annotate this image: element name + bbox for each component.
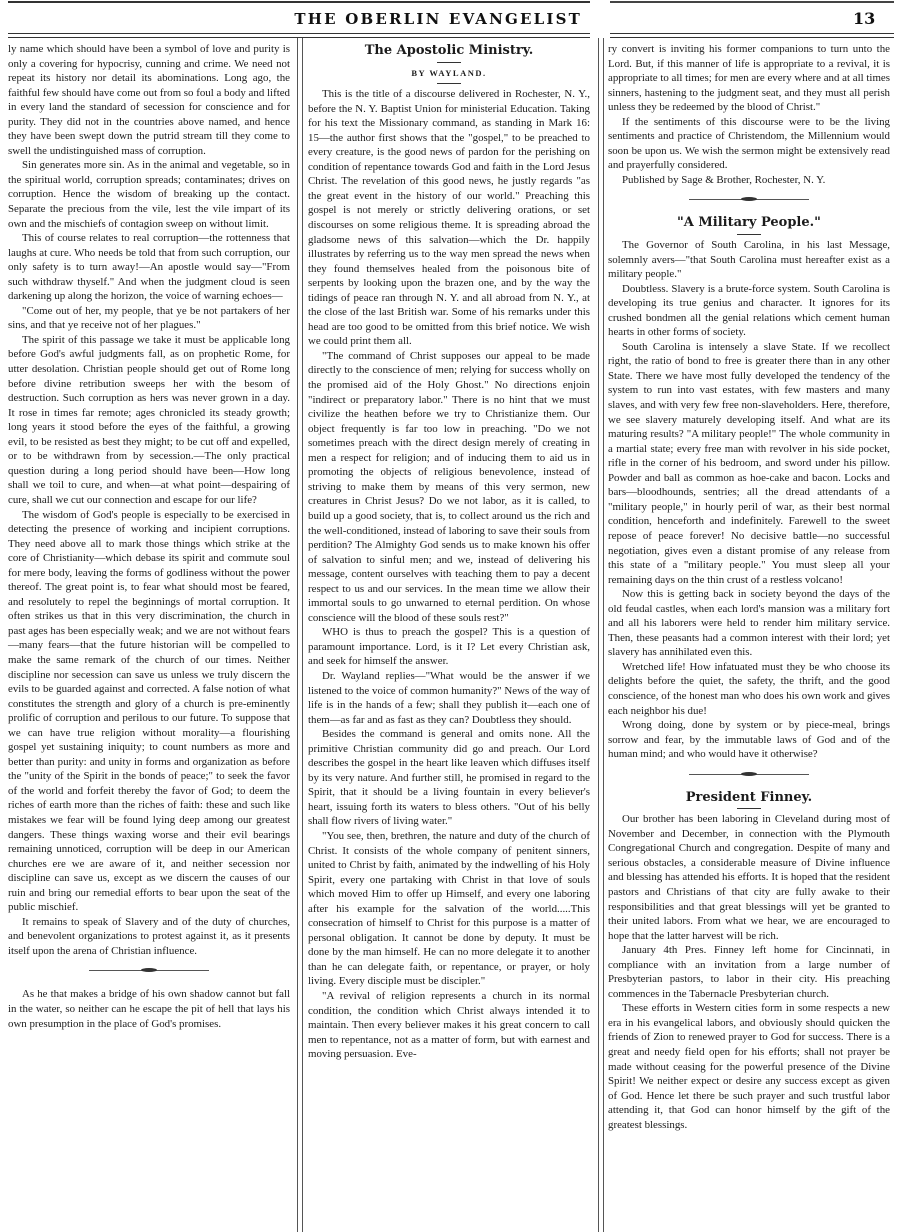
paragraph: Our brother has been laboring in Clevela… bbox=[608, 812, 890, 943]
paragraph: January 4th Pres. Finney left home for C… bbox=[608, 943, 890, 1001]
heading-rule bbox=[737, 234, 761, 235]
paragraph: Wrong doing, done by system or by piece-… bbox=[608, 718, 890, 762]
paragraph: This of course relates to real corruptio… bbox=[8, 231, 290, 304]
masthead-rule bbox=[610, 33, 894, 38]
paragraph: Now this is getting back in society beyo… bbox=[608, 587, 890, 660]
paragraph: It remains to speak of Slavery and of th… bbox=[8, 915, 290, 959]
paragraph: WHO is thus to preach the gospel? This i… bbox=[308, 625, 590, 669]
column-divider bbox=[598, 38, 604, 1232]
paragraph: The spirit of this passage we take it mu… bbox=[8, 333, 290, 508]
paragraph: Sin generates more sin. As in the animal… bbox=[8, 158, 290, 231]
page-number: 13 bbox=[853, 9, 875, 28]
paragraph: This is the title of a discourse deliver… bbox=[308, 87, 590, 349]
newspaper-title: THE OBERLIN EVANGELIST bbox=[0, 10, 582, 28]
paragraph: Dr. Wayland replies—"What would be the a… bbox=[308, 669, 590, 727]
closing-quote: As he that makes a bridge of his own sha… bbox=[8, 987, 290, 1031]
paragraph: If the sentiments of this discourse were… bbox=[608, 115, 890, 173]
column-divider bbox=[297, 38, 303, 1232]
paragraph: Doubtless. Slavery is a brute-force syst… bbox=[608, 282, 890, 340]
masthead-rule bbox=[610, 1, 894, 3]
paragraph: "You see, then, brethren, the nature and… bbox=[308, 829, 590, 989]
section-ornament bbox=[89, 970, 209, 973]
paragraph: The wisdom of God's people is especially… bbox=[8, 508, 290, 915]
masthead: THE OBERLIN EVANGELIST 13 bbox=[0, 0, 900, 36]
paragraph: "The command of Christ supposes our appe… bbox=[308, 349, 590, 625]
article-heading-president-finney: President Finney. bbox=[608, 791, 890, 806]
paragraph: ly name which should have been a symbol … bbox=[8, 42, 290, 158]
column-2: The Apostolic Ministry. BY WAYLAND. This… bbox=[308, 42, 590, 1062]
publisher-note: Published by Sage & Brother, Rochester, … bbox=[608, 173, 890, 188]
article-byline: BY WAYLAND. bbox=[308, 66, 590, 81]
paragraph: Wretched life! How infatuated must they … bbox=[608, 660, 890, 718]
heading-rule bbox=[737, 808, 761, 809]
section-ornament bbox=[689, 774, 809, 777]
article-heading-apostolic-ministry: The Apostolic Ministry. bbox=[308, 44, 590, 59]
heading-rule bbox=[437, 83, 461, 84]
paragraph: ry convert is inviting his former compan… bbox=[608, 42, 890, 115]
section-ornament bbox=[689, 199, 809, 202]
article-heading-military-people: "A Military People." bbox=[608, 216, 890, 231]
paragraph: Besides the command is general and omits… bbox=[308, 727, 590, 829]
paragraph: These efforts in Western cities form in … bbox=[608, 1001, 890, 1132]
column-1: ly name which should have been a symbol … bbox=[8, 42, 290, 1031]
quote-paragraph: "Come out of her, my people, that ye be … bbox=[8, 304, 290, 333]
heading-rule bbox=[437, 62, 461, 63]
masthead-rule bbox=[8, 1, 590, 3]
paragraph: South Carolina is intensely a slave Stat… bbox=[608, 340, 890, 587]
paragraph: "A revival of religion represents a chur… bbox=[308, 989, 590, 1062]
column-3: ry convert is inviting his former compan… bbox=[608, 42, 890, 1132]
paragraph: The Governor of South Carolina, in his l… bbox=[608, 238, 890, 282]
